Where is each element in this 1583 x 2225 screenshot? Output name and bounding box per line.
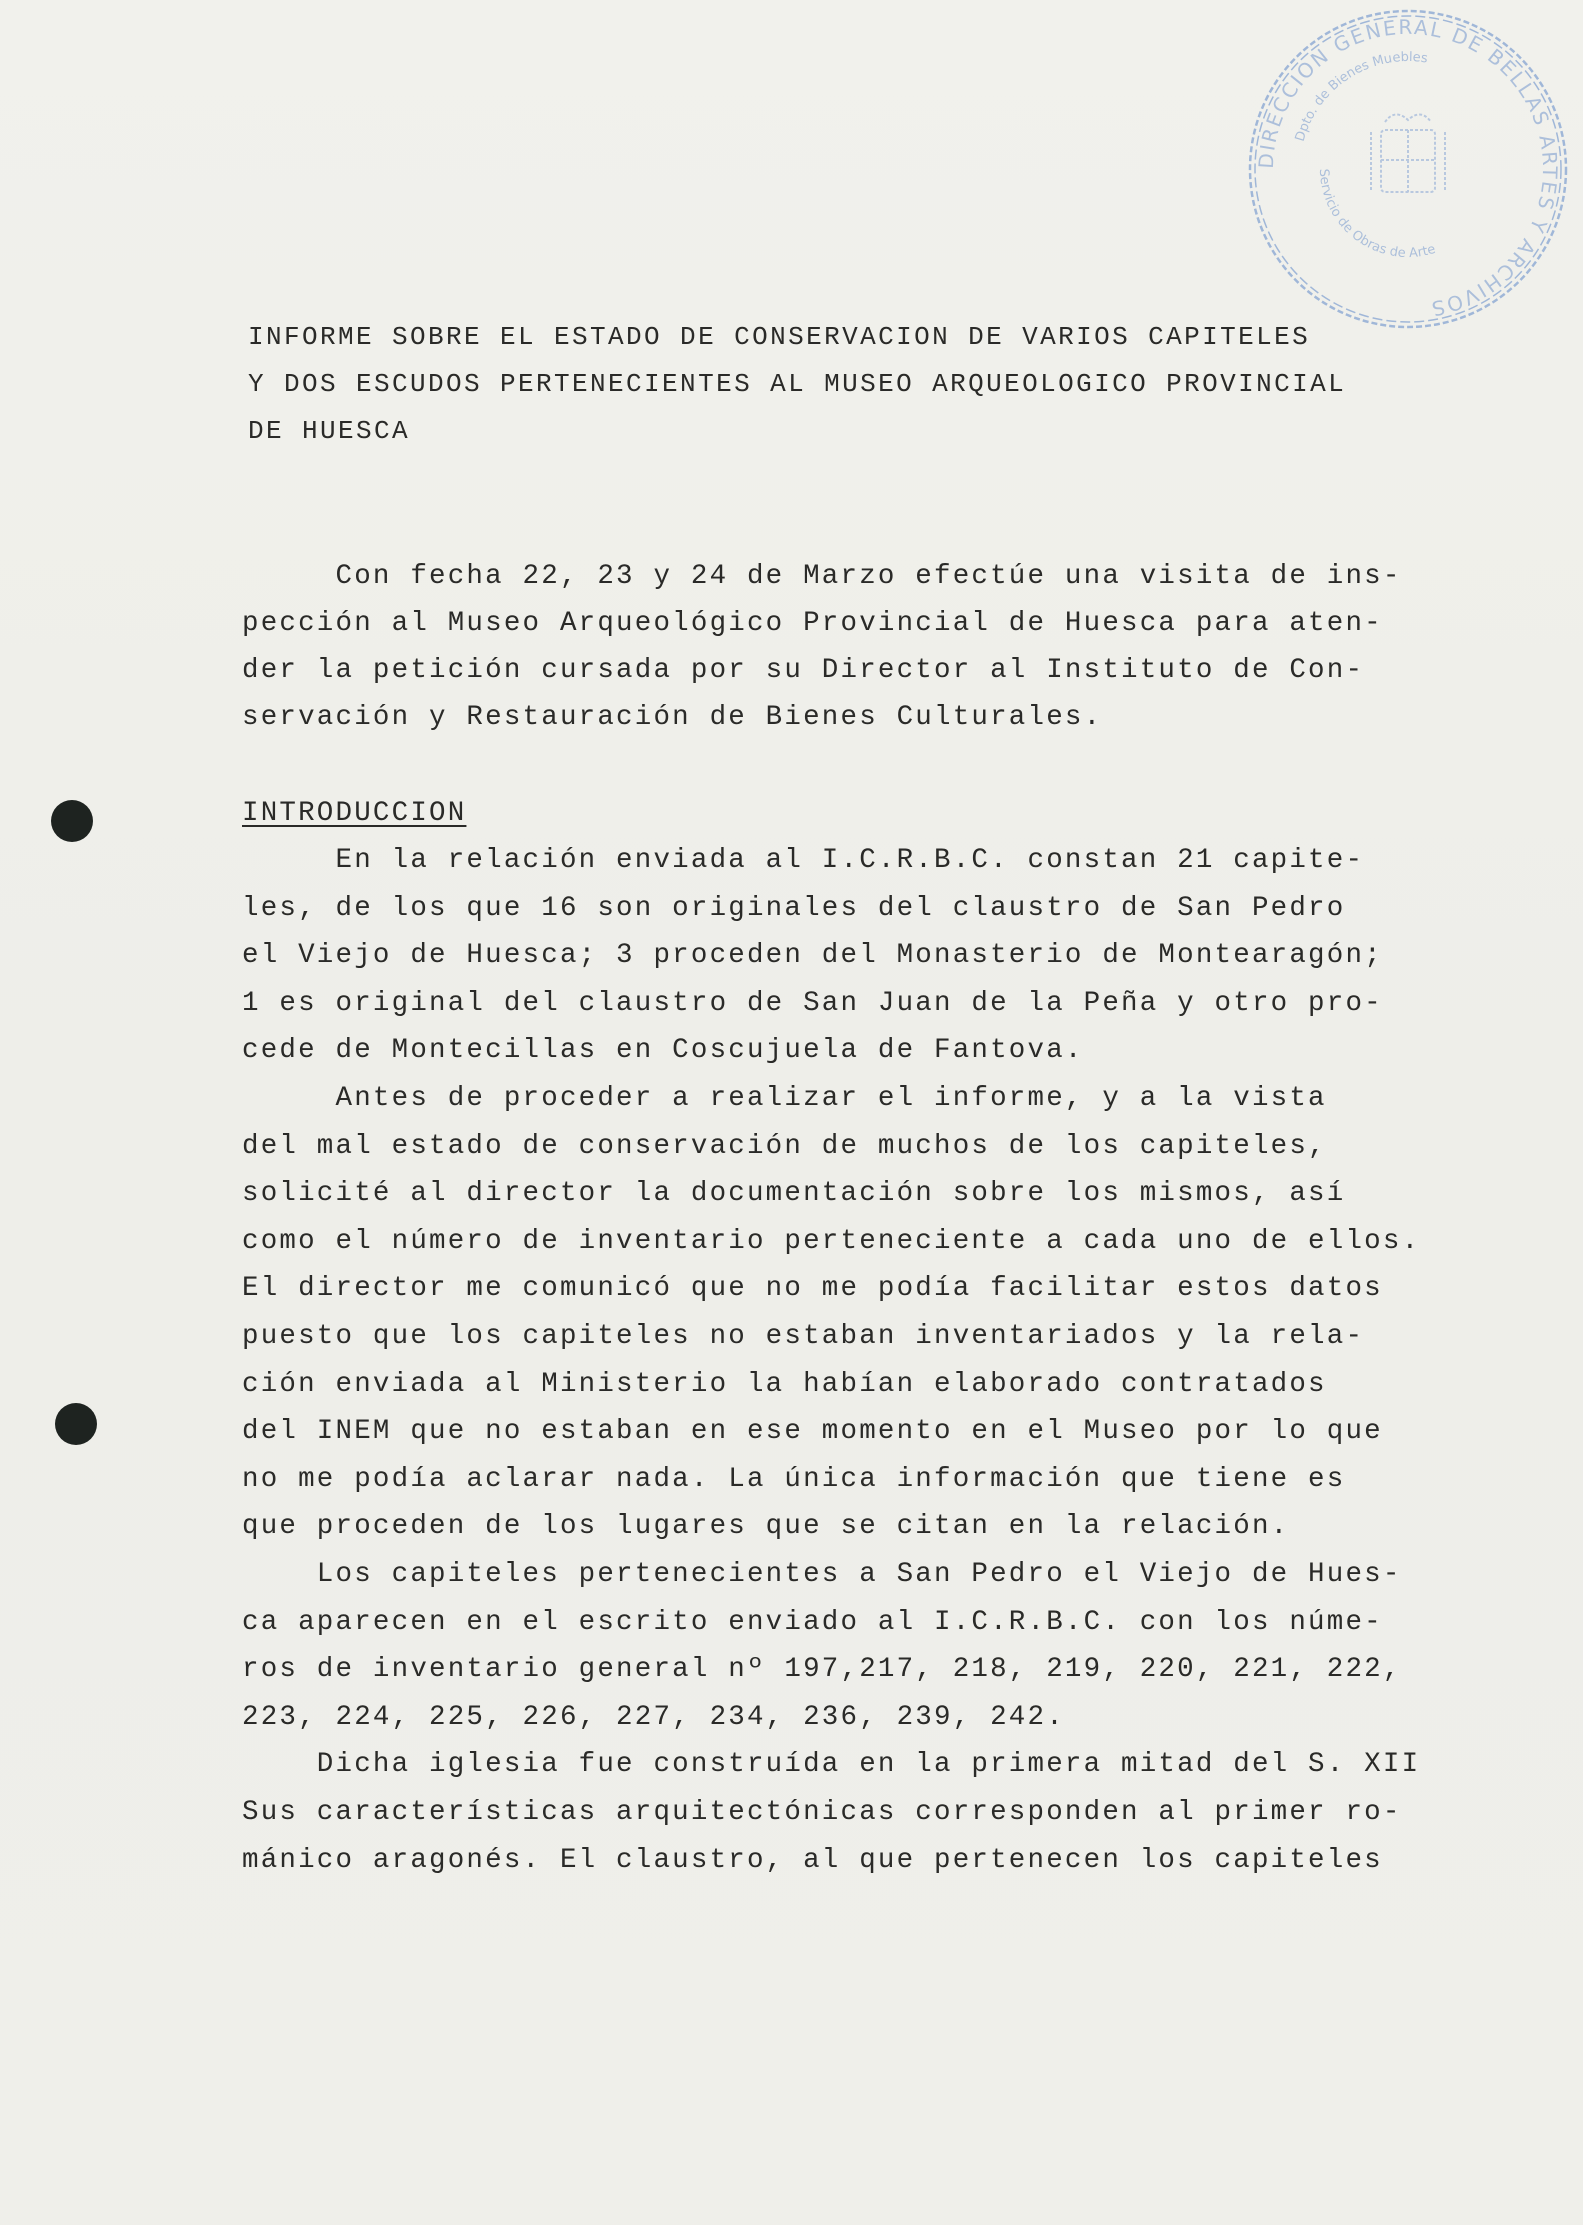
body-line: les, de los que 16 son originales del cl… (242, 895, 1345, 923)
body-line: Antes de proceder a realizar el informe,… (242, 1085, 1327, 1113)
body-line: Sus características arquitectónicas corr… (242, 1799, 1402, 1827)
body-line: cede de Montecillas en Coscujuela de Fan… (242, 1037, 1084, 1065)
body-line: Los capiteles pertenecientes a San Pedro… (242, 1561, 1402, 1589)
body-line: 1 es original del claustro de San Juan d… (242, 990, 1383, 1018)
body-line: ción enviada al Ministerio la habían ela… (242, 1371, 1327, 1399)
body-line: mánico aragonés. El claustro, al que per… (242, 1847, 1383, 1875)
body-line: ros de inventario general nº 197,217, 21… (242, 1656, 1402, 1684)
punch-hole-bottom (55, 1403, 97, 1445)
stamp-lower-text: Servicio de Obras de Arte (1316, 168, 1437, 261)
intro-line: pección al Museo Arqueológico Provincial… (242, 610, 1383, 638)
body-line: 223, 224, 225, 226, 227, 234, 236, 239, … (242, 1704, 1065, 1732)
official-stamp-icon: DIRECCION GENERAL DE BELLAS ARTES Y ARCH… (1243, 4, 1573, 334)
svg-text:Servicio de Obras de Arte: Servicio de Obras de Arte (1316, 168, 1437, 261)
body-line: el Viejo de Huesca; 3 proceden del Monas… (242, 942, 1383, 970)
section-heading-introduccion: INTRODUCCION (242, 800, 466, 828)
intro-line: servación y Restauración de Bienes Cultu… (242, 704, 1102, 732)
body-line: ca aparecen en el escrito enviado al I.C… (242, 1609, 1383, 1637)
document-title-line-3: DE HUESCA (248, 418, 410, 444)
document-title-line-1: INFORME SOBRE EL ESTADO DE CONSERVACION … (248, 324, 1310, 350)
punch-hole-top (51, 800, 93, 842)
body-line: solicité al director la documentación so… (242, 1180, 1345, 1208)
intro-line: Con fecha 22, 23 y 24 de Marzo efectúe u… (242, 563, 1402, 591)
body-line: del mal estado de conservación de muchos… (242, 1133, 1327, 1161)
intro-line: der la petición cursada por su Director … (242, 657, 1364, 685)
body-line: no me podía aclarar nada. La única infor… (242, 1466, 1345, 1494)
document-page: DIRECCION GENERAL DE BELLAS ARTES Y ARCH… (0, 0, 1583, 2225)
body-line: Dicha iglesia fue construída en la prime… (242, 1751, 1420, 1779)
body-line: El director me comunicó que no me podía … (242, 1275, 1383, 1303)
body-line: que proceden de los lugares que se citan… (242, 1513, 1289, 1541)
body-line: puesto que los capiteles no estaban inve… (242, 1323, 1364, 1351)
document-title-line-2: Y DOS ESCUDOS PERTENECIENTES AL MUSEO AR… (248, 371, 1346, 397)
body-line: En la relación enviada al I.C.R.B.C. con… (242, 847, 1364, 875)
body-line: del INEM que no estaban en ese momento e… (242, 1418, 1383, 1446)
body-line: como el número de inventario pertenecien… (242, 1228, 1420, 1256)
